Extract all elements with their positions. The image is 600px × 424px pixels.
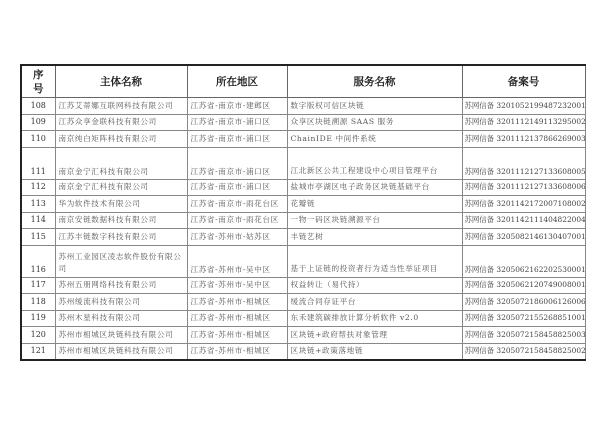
row-name: 苏州工业园区凌志软件股份有限公司 [55,245,187,277]
row-region: 江苏省-苏州市-相城区 [187,294,287,311]
row-region: 江苏省-南京市-浦口区 [187,114,287,131]
row-service: ChainIDE 中间件系统 [287,131,462,148]
header-no: 序号 [21,65,55,98]
row-service: 一物一码区块链溯源平台 [287,212,462,229]
row-record: 苏网信备 32011121271336080052 号 [462,147,585,179]
header-name: 主体名称 [55,65,187,98]
table-row: 112 南京金宁汇科技有限公司 江苏省-南京市-浦口区 盐城市亭湖区电子政务区块… [21,179,585,196]
row-name: 苏州市相城区块链科技有限公司 [55,343,187,360]
row-no: 112 [21,179,55,196]
table-row: 113 华为软件技术有限公司 江苏省-南京市-雨花台区 花瓣链 苏网信备 320… [21,196,585,213]
row-service: 基于上证链的投资者行为适当性举证项目 [287,245,462,277]
row-record: 苏网信备 32050721584588250034 号 [462,327,585,344]
row-service: 缓流合同存证平台 [287,294,462,311]
table-row: 109 江苏众享金联科技有限公司 江苏省-南京市-浦口区 众享区块链溯源 SAA… [21,114,585,131]
table-row: 120 苏州市相城区块链科技有限公司 江苏省-苏州市-相城区 区块链+政府帮扶对… [21,327,585,344]
row-region: 江苏省-南京市-浦口区 [187,179,287,196]
row-service: 众享区块链溯源 SAAS 服务 [287,114,462,131]
row-record: 苏网信备 32010521994872320013 号 [462,98,585,115]
row-no: 119 [21,310,55,327]
row-no: 120 [21,327,55,344]
row-region: 江苏省-苏州市-吴中区 [187,277,287,294]
table-row: 119 苏州木星科技有限公司 江苏省-苏州市-相城区 东禾建筑碳排放计算分析软件… [21,310,585,327]
row-record: 苏网信备 32011421720071080029 号 [462,196,585,213]
row-record: 苏网信备 3205072155268851001X 号 [462,310,585,327]
row-region: 江苏省-南京市-雨花台区 [187,212,287,229]
row-name: 南京金宁汇科技有限公司 [55,147,187,179]
row-service: 东禾建筑碳排放计算分析软件 v2.0 [287,310,462,327]
table-row: 110 南京纯白矩阵科技有限公司 江苏省-南京市-浦口区 ChainIDE 中间… [21,131,585,148]
table-row: 114 南京安链数据科技有限公司 江苏省-南京市-雨花台区 一物一码区块链溯源平… [21,212,585,229]
row-region: 江苏省-苏州市-相城区 [187,327,287,344]
row-no: 115 [21,229,55,246]
row-no: 121 [21,343,55,360]
table-header-row: 序号 主体名称 所在地区 服务名称 备案号 [21,65,585,98]
row-no: 114 [21,212,55,229]
row-region: 江苏省-苏州市-姑苏区 [187,229,287,246]
table-row: 116 苏州工业园区凌志软件股份有限公司 江苏省-苏州市-吴中区 基于上证链的投… [21,245,585,277]
row-region: 江苏省-南京市-建邺区 [187,98,287,115]
row-record: 苏网信备 32050721584588250026 号 [462,343,585,360]
table-row: 118 苏州缓流科技有限公司 江苏省-苏州市-相城区 缓流合同存证平台 苏网信备… [21,294,585,311]
row-record: 苏网信备 32050621622025300017 号 [462,245,585,277]
row-record: 苏网信备 32011121378662690032 号 [462,131,585,148]
row-record: 苏网信备 32011121271336080060 号 [462,179,585,196]
row-service: 花瓣链 [287,196,462,213]
row-no: 109 [21,114,55,131]
row-service: 区块链+政策落地链 [287,343,462,360]
registry-table: 序号 主体名称 所在地区 服务名称 备案号 108 江苏艾蒂娜互联网科技有限公司… [20,64,586,361]
row-service: 江北新区公共工程建设中心项目管理平台 [287,147,462,179]
row-region: 江苏省-苏州市-相城区 [187,310,287,327]
row-name: 南京安链数据科技有限公司 [55,212,187,229]
row-region: 江苏省-南京市-浦口区 [187,147,287,179]
table-row: 117 苏州五朋网络科技有限公司 江苏省-苏州市-吴中区 权益转让（易代持） 苏… [21,277,585,294]
row-region: 江苏省-南京市-雨花台区 [187,196,287,213]
row-no: 108 [21,98,55,115]
table-body: 108 江苏艾蒂娜互联网科技有限公司 江苏省-南京市-建邺区 数字版权可信区块链… [21,98,585,361]
row-name: 苏州五朋网络科技有限公司 [55,277,187,294]
row-name: 南京金宁汇科技有限公司 [55,179,187,196]
row-name: 苏州市相城区块链科技有限公司 [55,327,187,344]
row-name: 江苏丰链数字科技有限公司 [55,229,187,246]
table-row: 121 苏州市相城区块链科技有限公司 江苏省-苏州市-相城区 区块链+政策落地链… [21,343,585,360]
table-row: 115 江苏丰链数字科技有限公司 江苏省-苏州市-姑苏区 丰链艺树 苏网信备 3… [21,229,585,246]
row-region: 江苏省-苏州市-吴中区 [187,245,287,277]
row-name: 苏州木星科技有限公司 [55,310,187,327]
row-service: 数字版权可信区块链 [287,98,462,115]
header-region: 所在地区 [187,65,287,98]
row-name: 江苏艾蒂娜互联网科技有限公司 [55,98,187,115]
row-name: 华为软件技术有限公司 [55,196,187,213]
row-no: 117 [21,277,55,294]
row-record: 苏网信备 32011121491132950022 号 [462,114,585,131]
row-record: 苏网信备 32050821461304070011 号 [462,229,585,246]
row-record: 苏网信备 32050721860061260066 号 [462,294,585,311]
document-page: 序号 主体名称 所在地区 服务名称 备案号 108 江苏艾蒂娜互联网科技有限公司… [0,0,600,424]
row-no: 111 [21,147,55,179]
row-service: 区块链+政府帮扶对象管理 [287,327,462,344]
row-no: 110 [21,131,55,148]
row-name: 苏州缓流科技有限公司 [55,294,187,311]
row-region: 江苏省-南京市-浦口区 [187,131,287,148]
row-no: 113 [21,196,55,213]
header-service: 服务名称 [287,65,462,98]
row-record: 苏网信备 32050621207490080015 号 [462,277,585,294]
table-row: 111 南京金宁汇科技有限公司 江苏省-南京市-浦口区 江北新区公共工程建设中心… [21,147,585,179]
row-service: 权益转让（易代持） [287,277,462,294]
row-service: 盐城市亭湖区电子政务区块链基础平台 [287,179,462,196]
row-region: 江苏省-苏州市-相城区 [187,343,287,360]
row-no: 118 [21,294,55,311]
row-service: 丰链艺树 [287,229,462,246]
row-no: 116 [21,245,55,277]
row-name: 江苏众享金联科技有限公司 [55,114,187,131]
row-record: 苏网信备 32011421114048220046 号 [462,212,585,229]
row-name: 南京纯白矩阵科技有限公司 [55,131,187,148]
header-record: 备案号 [462,65,585,98]
table-row: 108 江苏艾蒂娜互联网科技有限公司 江苏省-南京市-建邺区 数字版权可信区块链… [21,98,585,115]
